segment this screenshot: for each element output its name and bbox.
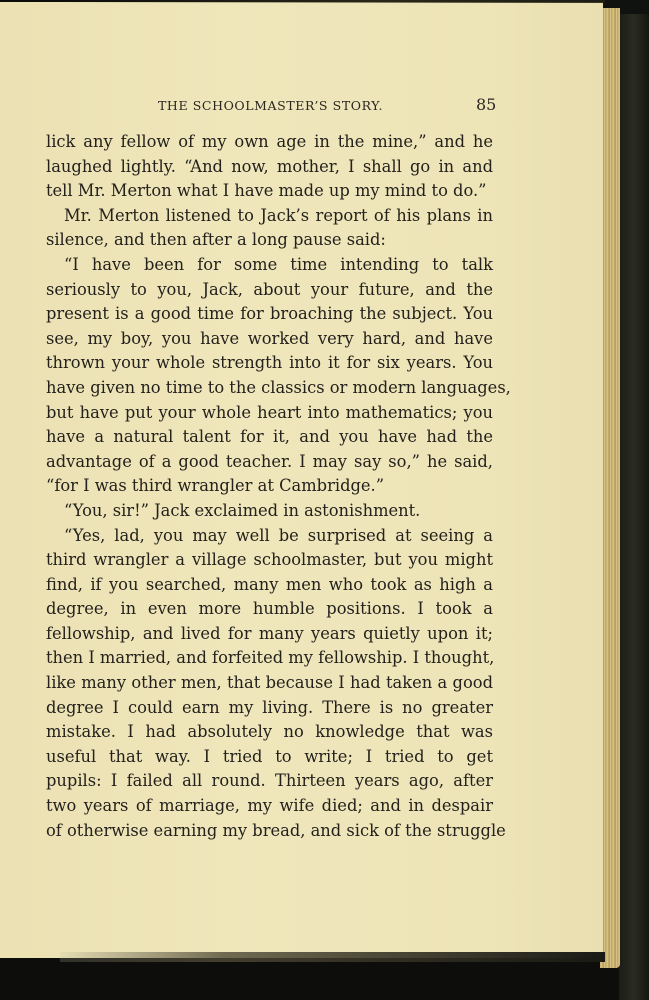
text-line: degree, in even more humble positions. I…	[46, 597, 493, 622]
text-line: mistake. I had absolutely no knowledge t…	[46, 720, 493, 745]
text-line: have a natural talent for it, and you ha…	[46, 425, 493, 450]
book-page: THE SCHOOLMASTER’S STORY. 85 lick any fe…	[0, 2, 603, 958]
text-line: “I have been for some time intending to …	[46, 253, 493, 278]
text-line: advantage of a good teacher. I may say s…	[46, 450, 493, 475]
text-line: find, if you searched, many men who took…	[46, 573, 493, 598]
page-header: THE SCHOOLMASTER’S STORY. 85	[0, 98, 603, 118]
text-line: laughed lightly. “And now, mother, I sha…	[46, 155, 493, 180]
running-title: THE SCHOOLMASTER’S STORY.	[158, 98, 383, 113]
text-line: have given no time to the classics or mo…	[46, 376, 493, 401]
page-top-shadow	[60, 0, 605, 3]
text-line: degree I could earn my living. There is …	[46, 696, 493, 721]
text-line: see, my boy, you have worked very hard, …	[46, 327, 493, 352]
gilded-page-edges	[600, 8, 620, 968]
text-line: then I married, and forfeited my fellows…	[46, 646, 493, 671]
text-line: “Yes, lad, you may well be surprised at …	[46, 524, 493, 549]
text-line: fellowship, and lived for many years qui…	[46, 622, 493, 647]
page-number: 85	[476, 95, 496, 114]
text-line: two years of marriage, my wife died; and…	[46, 794, 493, 819]
text-line: silence, and then after a long pause sai…	[46, 228, 493, 253]
text-line: pupils: I failed all round. Thirteen yea…	[46, 769, 493, 794]
text-line: Mr. Merton listened to Jack’s report of …	[46, 204, 493, 229]
book-cover	[619, 0, 649, 1000]
text-line: thrown your whole strength into it for s…	[46, 351, 493, 376]
text-line: “You, sir!” Jack exclaimed in astonishme…	[46, 499, 493, 524]
text-line: lick any fellow of my own age in the min…	[46, 130, 493, 155]
text-line: but have put your whole heart into mathe…	[46, 401, 493, 426]
text-line: of otherwise earning my bread, and sick …	[46, 819, 493, 844]
text-line: third wrangler a village schoolmaster, b…	[46, 548, 493, 573]
text-line: useful that way. I tried to write; I tri…	[46, 745, 493, 770]
body-text: lick any fellow of my own age in the min…	[46, 130, 493, 843]
text-line: tell Mr. Merton what I have made up my m…	[46, 179, 493, 204]
text-line: like many other men, that because I had …	[46, 671, 493, 696]
text-line: “for I was third wrangler at Cambridge.”	[46, 474, 493, 499]
page-bottom-shadow	[60, 952, 605, 962]
text-line: present is a good time for broaching the…	[46, 302, 493, 327]
text-line: seriously to you, Jack, about your futur…	[46, 278, 493, 303]
